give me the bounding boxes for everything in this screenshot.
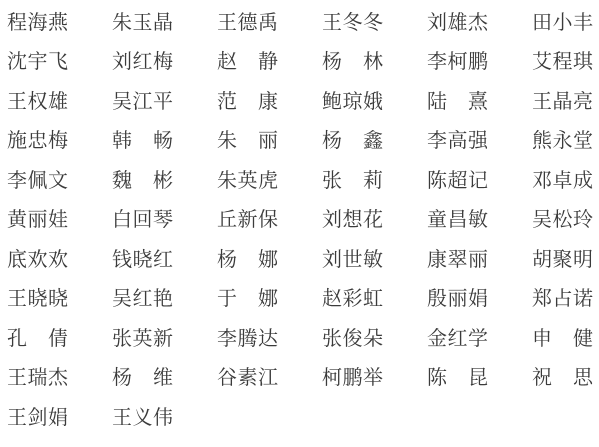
person-name: 张英新 xyxy=(112,329,173,349)
name-char: 柯 xyxy=(322,368,342,388)
name-char: 施 xyxy=(7,131,27,151)
name-char: 强 xyxy=(468,131,488,151)
name-char: 宇 xyxy=(28,52,48,72)
person-name: 邓卓成 xyxy=(532,171,593,191)
person-name: 熊永堂 xyxy=(532,131,593,151)
name-char: 红 xyxy=(133,52,153,72)
name-row: 王晓晓吴红艳于娜赵彩虹殷丽娟郑占诺 xyxy=(7,280,599,320)
name-char: 晓 xyxy=(28,289,48,309)
name-char: 熹 xyxy=(468,92,488,112)
name-char: 吴 xyxy=(112,289,132,309)
name-char: 康 xyxy=(427,250,447,270)
name-char: 达 xyxy=(258,329,278,349)
person-name: 杨娜 xyxy=(217,250,278,270)
person-name: 王晶亮 xyxy=(532,92,593,112)
name-char: 彬 xyxy=(153,171,173,191)
person-name: 魏彬 xyxy=(112,171,173,191)
person-name: 柯鹏举 xyxy=(322,368,383,388)
name-char: 莉 xyxy=(363,171,383,191)
name-char: 张 xyxy=(112,329,132,349)
person-name: 李佩文 xyxy=(7,171,68,191)
person-name: 李高强 xyxy=(427,131,488,151)
name-char: 虎 xyxy=(258,171,278,191)
person-name: 刘红梅 xyxy=(112,52,173,72)
name-char: 新 xyxy=(238,210,258,230)
person-name: 李腾达 xyxy=(217,329,278,349)
name-char: 忠 xyxy=(28,131,48,151)
name-char: 王 xyxy=(7,92,27,112)
person-name: 赵静 xyxy=(217,52,278,72)
name-char: 鹏 xyxy=(468,52,488,72)
person-name: 王义伟 xyxy=(112,408,173,428)
name-char: 英 xyxy=(238,171,258,191)
name-char: 吴 xyxy=(112,92,132,112)
name-char: 世 xyxy=(343,250,363,270)
name-char: 丘 xyxy=(217,210,237,230)
name-char: 举 xyxy=(363,368,383,388)
name-char: 丰 xyxy=(573,13,593,33)
name-char: 李 xyxy=(427,52,447,72)
name-char: 孔 xyxy=(7,329,27,349)
person-name: 鲍琼娥 xyxy=(322,92,383,112)
name-char: 娜 xyxy=(258,289,278,309)
name-char: 郑 xyxy=(532,289,552,309)
name-char: 陆 xyxy=(427,92,447,112)
name-row: 王剑娟王义伟 xyxy=(7,398,599,438)
name-char: 诺 xyxy=(573,289,593,309)
person-name: 胡聚明 xyxy=(532,250,593,270)
name-char: 回 xyxy=(133,210,153,230)
person-name: 王剑娟 xyxy=(7,408,68,428)
name-char: 丽 xyxy=(28,210,48,230)
person-name: 王瑞杰 xyxy=(7,368,68,388)
name-char: 王 xyxy=(7,368,27,388)
name-char: 娜 xyxy=(258,250,278,270)
person-name: 王晓晓 xyxy=(7,289,68,309)
name-char: 玲 xyxy=(573,210,593,230)
name-char: 陈 xyxy=(427,171,447,191)
name-char: 晶 xyxy=(153,13,173,33)
name-char: 韩 xyxy=(112,131,132,151)
name-char: 柯 xyxy=(448,52,468,72)
name-char: 超 xyxy=(448,171,468,191)
name-char: 杨 xyxy=(112,368,132,388)
name-char: 新 xyxy=(153,329,173,349)
name-char: 娃 xyxy=(48,210,68,230)
name-char: 禹 xyxy=(258,13,278,33)
name-char: 明 xyxy=(573,250,593,270)
name-char: 剑 xyxy=(28,408,48,428)
person-name: 殷丽娟 xyxy=(427,289,488,309)
person-name: 陈昆 xyxy=(427,368,488,388)
name-char: 素 xyxy=(238,368,258,388)
name-char: 李 xyxy=(7,171,27,191)
person-name: 吴松玲 xyxy=(532,210,593,230)
name-char: 静 xyxy=(258,52,278,72)
person-name: 底欢欢 xyxy=(7,250,68,270)
name-char: 艳 xyxy=(153,289,173,309)
name-char: 田 xyxy=(532,13,552,33)
name-char: 李 xyxy=(427,131,447,151)
name-char: 记 xyxy=(468,171,488,191)
person-name: 吴江平 xyxy=(112,92,173,112)
name-char: 红 xyxy=(153,250,173,270)
person-name: 申健 xyxy=(532,329,593,349)
name-char: 金 xyxy=(427,329,447,349)
name-char: 琼 xyxy=(343,92,363,112)
name-char: 欢 xyxy=(28,250,48,270)
name-char: 鲍 xyxy=(322,92,342,112)
name-char: 权 xyxy=(28,92,48,112)
name-char: 亮 xyxy=(573,92,593,112)
person-name: 李柯鹏 xyxy=(427,52,488,72)
person-name: 施忠梅 xyxy=(7,131,68,151)
person-name: 杨林 xyxy=(322,52,383,72)
name-char: 玉 xyxy=(133,13,153,33)
name-char: 林 xyxy=(363,52,383,72)
name-char: 江 xyxy=(258,368,278,388)
name-row: 黄丽娃白回琴丘新保刘想花童昌敏吴松玲 xyxy=(7,201,599,241)
name-char: 俊 xyxy=(343,329,363,349)
person-name: 朱英虎 xyxy=(217,171,278,191)
name-char: 雄 xyxy=(448,13,468,33)
person-name: 吴红艳 xyxy=(112,289,173,309)
name-row: 孔倩张英新李腾达张俊朵金红学申健 xyxy=(7,319,599,359)
name-char: 聚 xyxy=(553,250,573,270)
name-char: 冬 xyxy=(363,13,383,33)
person-name: 杨维 xyxy=(112,368,173,388)
name-char: 彩 xyxy=(343,289,363,309)
person-name: 赵彩虹 xyxy=(322,289,383,309)
person-name: 王德禹 xyxy=(217,13,278,33)
name-char: 燕 xyxy=(48,13,68,33)
name-char: 花 xyxy=(363,210,383,230)
name-char: 丽 xyxy=(468,250,488,270)
person-name: 康翠丽 xyxy=(427,250,488,270)
name-char: 白 xyxy=(112,210,132,230)
person-name: 陈超记 xyxy=(427,171,488,191)
name-char: 杰 xyxy=(48,368,68,388)
name-char: 邓 xyxy=(532,171,552,191)
name-char: 江 xyxy=(133,92,153,112)
person-name: 刘雄杰 xyxy=(427,13,488,33)
name-char: 昌 xyxy=(448,210,468,230)
name-char: 杨 xyxy=(217,250,237,270)
name-char: 黄 xyxy=(7,210,27,230)
name-char: 平 xyxy=(153,92,173,112)
name-char: 杨 xyxy=(322,131,342,151)
name-char: 王 xyxy=(7,408,27,428)
name-char: 丽 xyxy=(258,131,278,151)
person-name: 白回琴 xyxy=(112,210,173,230)
name-char: 健 xyxy=(573,329,593,349)
person-name: 韩畅 xyxy=(112,131,173,151)
name-char: 梅 xyxy=(153,52,173,72)
name-char: 松 xyxy=(553,210,573,230)
person-name: 祝思 xyxy=(532,368,593,388)
name-char: 张 xyxy=(322,171,342,191)
name-grid: 程海燕朱玉晶王德禹王冬冬刘雄杰田小丰沈宇飞刘红梅赵静杨林李柯鹏艾程琪王权雄吴江平… xyxy=(0,0,599,438)
person-name: 孔倩 xyxy=(7,329,68,349)
name-row: 王瑞杰杨维谷素江柯鹏举陈昆祝思 xyxy=(7,359,599,399)
person-name: 钱晓红 xyxy=(112,250,173,270)
name-row: 底欢欢钱晓红杨娜刘世敏康翠丽胡聚明 xyxy=(7,240,599,280)
name-char: 飞 xyxy=(48,52,68,72)
person-name: 黄丽娃 xyxy=(7,210,68,230)
name-char: 朱 xyxy=(112,13,132,33)
person-name: 童昌敏 xyxy=(427,210,488,230)
name-char: 娟 xyxy=(48,408,68,428)
person-name: 郑占诺 xyxy=(532,289,593,309)
name-char: 王 xyxy=(7,289,27,309)
name-char: 程 xyxy=(553,52,573,72)
name-char: 申 xyxy=(532,329,552,349)
person-name: 杨鑫 xyxy=(322,131,383,151)
name-char: 吴 xyxy=(532,210,552,230)
name-char: 陈 xyxy=(427,368,447,388)
name-char: 腾 xyxy=(238,329,258,349)
name-char: 范 xyxy=(217,92,237,112)
name-char: 文 xyxy=(48,171,68,191)
name-char: 佩 xyxy=(28,171,48,191)
name-char: 娥 xyxy=(363,92,383,112)
name-char: 祝 xyxy=(532,368,552,388)
person-name: 朱玉晶 xyxy=(112,13,173,33)
name-char: 晓 xyxy=(48,289,68,309)
name-char: 想 xyxy=(343,210,363,230)
name-char: 欢 xyxy=(48,250,68,270)
name-char: 于 xyxy=(217,289,237,309)
name-char: 晶 xyxy=(553,92,573,112)
name-char: 朱 xyxy=(217,171,237,191)
name-char: 伟 xyxy=(153,408,173,428)
name-char: 鑫 xyxy=(363,131,383,151)
name-char: 成 xyxy=(573,171,593,191)
person-name: 刘世敏 xyxy=(322,250,383,270)
person-name: 于娜 xyxy=(217,289,278,309)
person-name: 朱丽 xyxy=(217,131,278,151)
name-char: 雄 xyxy=(48,92,68,112)
name-char: 琪 xyxy=(573,52,593,72)
person-name: 田小丰 xyxy=(532,13,593,33)
name-char: 敏 xyxy=(468,210,488,230)
person-name: 金红学 xyxy=(427,329,488,349)
name-char: 王 xyxy=(322,13,342,33)
name-row: 程海燕朱玉晶王德禹王冬冬刘雄杰田小丰 xyxy=(7,3,599,43)
name-char: 昆 xyxy=(468,368,488,388)
person-name: 沈宇飞 xyxy=(7,52,68,72)
name-char: 殷 xyxy=(427,289,447,309)
name-char: 海 xyxy=(28,13,48,33)
name-char: 魏 xyxy=(112,171,132,191)
name-char: 倩 xyxy=(48,329,68,349)
name-char: 朵 xyxy=(363,329,383,349)
name-char: 琴 xyxy=(153,210,173,230)
person-name: 王权雄 xyxy=(7,92,68,112)
name-char: 永 xyxy=(553,131,573,151)
person-name: 丘新保 xyxy=(217,210,278,230)
name-char: 刘 xyxy=(322,250,342,270)
name-char: 卓 xyxy=(553,171,573,191)
name-char: 王 xyxy=(112,408,132,428)
name-char: 朱 xyxy=(217,131,237,151)
name-char: 杨 xyxy=(322,52,342,72)
name-row: 施忠梅韩畅朱丽杨鑫李高强熊永堂 xyxy=(7,122,599,162)
person-name: 艾程琪 xyxy=(532,52,593,72)
name-char: 梅 xyxy=(48,131,68,151)
name-char: 畅 xyxy=(153,131,173,151)
name-char: 晓 xyxy=(133,250,153,270)
name-char: 红 xyxy=(133,289,153,309)
name-char: 张 xyxy=(322,329,342,349)
person-name: 谷素江 xyxy=(217,368,278,388)
name-char: 瑞 xyxy=(28,368,48,388)
name-char: 杰 xyxy=(468,13,488,33)
names-document-page: 程海燕朱玉晶王德禹王冬冬刘雄杰田小丰沈宇飞刘红梅赵静杨林李柯鹏艾程琪王权雄吴江平… xyxy=(0,0,599,447)
person-name: 张俊朵 xyxy=(322,329,383,349)
name-char: 保 xyxy=(258,210,278,230)
name-char: 高 xyxy=(448,131,468,151)
name-char: 刘 xyxy=(427,13,447,33)
name-row: 沈宇飞刘红梅赵静杨林李柯鹏艾程琪 xyxy=(7,43,599,83)
name-char: 赵 xyxy=(217,52,237,72)
person-name: 张莉 xyxy=(322,171,383,191)
name-char: 程 xyxy=(7,13,27,33)
name-char: 红 xyxy=(448,329,468,349)
name-char: 翠 xyxy=(448,250,468,270)
name-char: 钱 xyxy=(112,250,132,270)
name-char: 小 xyxy=(553,13,573,33)
name-char: 刘 xyxy=(322,210,342,230)
name-char: 学 xyxy=(468,329,488,349)
name-char: 占 xyxy=(553,289,573,309)
name-char: 童 xyxy=(427,210,447,230)
name-char: 康 xyxy=(258,92,278,112)
name-char: 底 xyxy=(7,250,27,270)
name-row: 李佩文魏彬朱英虎张莉陈超记邓卓成 xyxy=(7,161,599,201)
name-char: 沈 xyxy=(7,52,27,72)
name-char: 娟 xyxy=(468,289,488,309)
name-char: 英 xyxy=(133,329,153,349)
name-char: 虹 xyxy=(363,289,383,309)
name-char: 德 xyxy=(238,13,258,33)
person-name: 刘想花 xyxy=(322,210,383,230)
name-char: 熊 xyxy=(532,131,552,151)
name-char: 谷 xyxy=(217,368,237,388)
name-char: 胡 xyxy=(532,250,552,270)
name-row: 王权雄吴江平范康鲍琼娥陆熹王晶亮 xyxy=(7,82,599,122)
name-char: 刘 xyxy=(112,52,132,72)
name-char: 义 xyxy=(133,408,153,428)
person-name: 陆熹 xyxy=(427,92,488,112)
name-char: 艾 xyxy=(532,52,552,72)
name-char: 冬 xyxy=(343,13,363,33)
name-char: 思 xyxy=(573,368,593,388)
name-char: 丽 xyxy=(448,289,468,309)
person-name: 程海燕 xyxy=(7,13,68,33)
name-char: 敏 xyxy=(363,250,383,270)
name-char: 王 xyxy=(532,92,552,112)
name-char: 赵 xyxy=(322,289,342,309)
name-char: 堂 xyxy=(573,131,593,151)
name-char: 鹏 xyxy=(343,368,363,388)
person-name: 范康 xyxy=(217,92,278,112)
name-char: 王 xyxy=(217,13,237,33)
name-char: 李 xyxy=(217,329,237,349)
name-char: 维 xyxy=(153,368,173,388)
person-name: 王冬冬 xyxy=(322,13,383,33)
